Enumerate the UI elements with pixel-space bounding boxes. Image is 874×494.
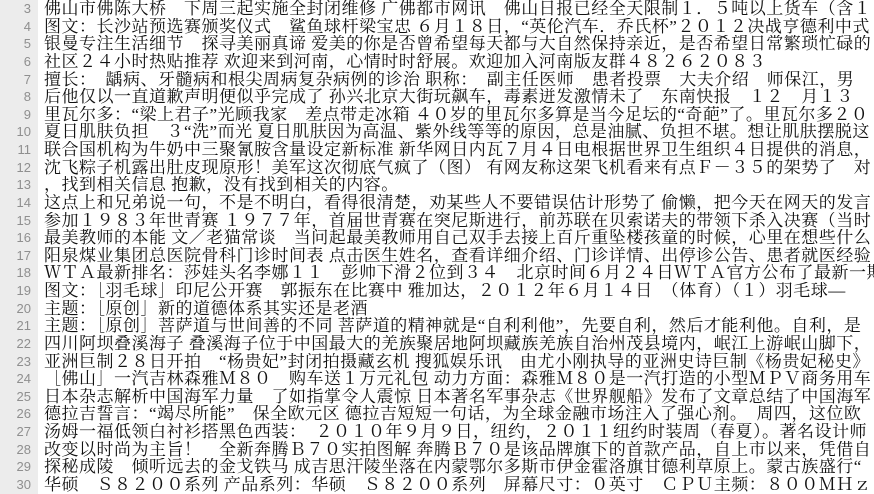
text-line: 17阳泉煤业集团总医院骨科门诊时间表 点击医生姓名，查看详细介绍、门诊详情、出停… — [0, 247, 874, 265]
line-text: ＷＴＡ最新排名：莎娃头名李娜１１ 彭帅下滑２位到３４ 北京时间６月２４日ＷＴＡ官… — [38, 264, 874, 282]
line-number: 17 — [0, 247, 38, 265]
text-line: 22四川阿坝叠溪海子 叠溪海子位于中国最大的羌族聚居地阿坝藏族羌族自治州茂县境内… — [0, 335, 874, 353]
line-text: 图文：长沙站预选赛颁奖仪式 鲨鱼球杆梁宝忠 ６月１８日，“英伦汽车．乔氏杯”２０… — [38, 18, 874, 36]
text-line: 26德拉吉誓言：“竭尽所能” 保全欧元区 德拉吉短短一句话，为全球金融市场注入了… — [0, 405, 874, 423]
line-text: 这点上和兄弟说一句，不是不明白，看得很清楚，劝某些人不要错误估计形势了 偷懒，把… — [38, 194, 874, 212]
line-text: ，找到相关信息 抱歉，没有找到相关的内容。 — [38, 176, 874, 194]
line-number: 18 — [0, 264, 38, 282]
line-text: 联合国机构为牛奶中三聚氰胺含量设定新标准 新华网日内瓦７月４日电根据世界卫生组织… — [38, 141, 874, 159]
text-line: 21主题：［原创］菩萨道与世间善的不同 菩萨道的精神就是“自利利他”，先要自利，… — [0, 317, 874, 335]
line-text: 汤姆一福低领白衬衫搭黑色西装： ２０１０年９月９日，纽约，２０１１纽约时装周（春… — [38, 423, 874, 441]
line-number: 12 — [0, 159, 38, 177]
line-number: 16 — [0, 229, 38, 247]
line-number: 23 — [0, 353, 38, 371]
text-line: 12沈飞粽子机露出肚皮现原形！美军这次彻底气疯了（图） 有网友称这架飞机看来有点… — [0, 159, 874, 177]
line-text: 沈飞粽子机露出肚皮现原形！美军这次彻底气疯了（图） 有网友称这架飞机看来有点Ｆ－… — [38, 159, 874, 177]
text-line: 25日本杂志解析中国海军力量 了如指掌令人震惊 日本著名军事杂志《世界舰船》发布… — [0, 388, 874, 406]
text-line: 16最美教师的本能 文／老猫常谈 当问起最美教师用自己双手去接上百斤重坠楼孩童的… — [0, 229, 874, 247]
line-number: 7 — [0, 71, 38, 89]
text-line: 23亚洲巨制２８日开拍 “杨贵妃”封闭拍摄藏玄机 搜狐娱乐讯 由尤小刚执导的亚洲… — [0, 353, 874, 371]
line-number: 10 — [0, 123, 38, 141]
line-text: 华硕 Ｓ８２００系列 产品系列：华硕 Ｓ８２００系列 屏幕尺寸：０英寸 ＣＰＵ主… — [38, 476, 874, 494]
line-number: 11 — [0, 141, 38, 159]
line-number: 6 — [0, 53, 38, 71]
line-number: 3 — [0, 0, 38, 18]
line-number: 21 — [0, 317, 38, 335]
line-text: 后他仅以一直道歉声明便似乎完成了 孙兴北京大街玩飙车，毒素迸发激情未了 东南快报… — [38, 88, 874, 106]
text-line: 13，找到相关信息 抱歉，没有找到相关的内容。 — [0, 176, 874, 194]
text-line: 29探秘成陵 倾听远去的金戈铁马 成吉思汗陵坐落在内蒙鄂尔多斯市伊金霍洛旗甘德利… — [0, 458, 874, 476]
text-editor[interactable]: 3佛山市佛陈大桥 下周三起实施全封闭维修 广佛都市网讯 佛山日报已经全天限制１．… — [0, 0, 874, 494]
text-line: 18ＷＴＡ最新排名：莎娃头名李娜１１ 彭帅下滑２位到３４ 北京时间６月２４日ＷＴ… — [0, 264, 874, 282]
line-number: 30 — [0, 476, 38, 494]
line-number: 27 — [0, 423, 38, 441]
line-text: 最美教师的本能 文／老猫常谈 当问起最美教师用自己双手去接上百斤重坠楼孩童的时候… — [38, 229, 874, 247]
text-line: 27汤姆一福低领白衬衫搭黑色西装： ２０１０年９月９日，纽约，２０１１纽约时装周… — [0, 423, 874, 441]
text-line: 9里瓦尔多：“梁上君子”光顾我家 差点带走冰箱 ４０岁的里瓦尔多算是当今足坛的“… — [0, 106, 874, 124]
line-text: 日本杂志解析中国海军力量 了如指掌令人震惊 日本著名军事杂志《世界舰船》发布了文… — [38, 388, 874, 406]
line-text: 主题：［原创］菩萨道与世间善的不同 菩萨道的精神就是“自利利他”，先要自利，然后… — [38, 317, 874, 335]
line-text: 里瓦尔多：“梁上君子”光顾我家 差点带走冰箱 ４０岁的里瓦尔多算是当今足坛的“奇… — [38, 106, 874, 124]
text-line: 10夏日肌肤负担 ３“洗”而光 夏日肌肤因为高温、紫外线等等的原因，总是油腻、负… — [0, 123, 874, 141]
line-list: 3佛山市佛陈大桥 下周三起实施全封闭维修 广佛都市网讯 佛山日报已经全天限制１．… — [0, 0, 874, 494]
line-text: 改变以时尚为主旨！ 全新奔腾Ｂ７０实拍图解 奔腾Ｂ７０是该品牌旗下的首款产品，自… — [38, 441, 874, 459]
text-line: 6社区２４小时热贴推荐 欢迎来到河南，心情时时舒展。欢迎加入河南版友群４８２６２… — [0, 53, 874, 71]
line-text: 银曼专注生活细节 探寻美丽真谛 爱美的你是否曾希望每天都与大自然保持亲近，是否希… — [38, 35, 874, 53]
line-number: 29 — [0, 458, 38, 476]
line-text: ［佛山］一汽吉林森雅Ｍ８０ 购车送１万元礼包 动力方面：森雅Ｍ８０是一汽打造的小… — [38, 370, 874, 388]
line-text: 亚洲巨制２８日开拍 “杨贵妃”封闭拍摄藏玄机 搜狐娱乐讯 由尤小刚执导的亚洲史诗… — [38, 353, 874, 371]
line-number: 4 — [0, 18, 38, 36]
text-line: 15参加１９８３年世青赛 １９７７年，首届世青赛在突尼斯进行，前苏联在贝索诺夫的… — [0, 212, 874, 230]
text-line: 3佛山市佛陈大桥 下周三起实施全封闭维修 广佛都市网讯 佛山日报已经全天限制１．… — [0, 0, 874, 18]
line-text: 夏日肌肤负担 ３“洗”而光 夏日肌肤因为高温、紫外线等等的原因，总是油腻、负担不… — [38, 123, 874, 141]
text-line: 4图文：长沙站预选赛颁奖仪式 鲨鱼球杆梁宝忠 ６月１８日，“英伦汽车．乔氏杯”２… — [0, 18, 874, 36]
text-line: 7擅长： 龋病、牙髓病和根尖周病复杂病例的诊治 职称： 副主任医师 患者投票 大… — [0, 71, 874, 89]
line-number: 28 — [0, 441, 38, 459]
line-number: 8 — [0, 88, 38, 106]
line-number: 22 — [0, 335, 38, 353]
line-number: 5 — [0, 35, 38, 53]
line-text: 参加１９８３年世青赛 １９７７年，首届世青赛在突尼斯进行，前苏联在贝索诺夫的带领… — [38, 212, 874, 230]
line-number: 9 — [0, 106, 38, 124]
line-text: 德拉吉誓言：“竭尽所能” 保全欧元区 德拉吉短短一句话，为全球金融市场注入了强心… — [38, 405, 874, 423]
line-number: 13 — [0, 176, 38, 194]
line-number: 20 — [0, 300, 38, 318]
line-number: 15 — [0, 212, 38, 230]
line-number: 24 — [0, 370, 38, 388]
line-text: 图文：［羽毛球］印尼公开赛 郭振东在比赛中 雅加达，２０１２年６月１４日 （体育… — [38, 282, 874, 300]
line-text: 佛山市佛陈大桥 下周三起实施全封闭维修 广佛都市网讯 佛山日报已经全天限制１．５… — [38, 0, 874, 18]
line-number: 19 — [0, 282, 38, 300]
line-number: 25 — [0, 388, 38, 406]
line-text: 社区２４小时热贴推荐 欢迎来到河南，心情时时舒展。欢迎加入河南版友群４８２６２０… — [38, 53, 874, 71]
line-number: 14 — [0, 194, 38, 212]
line-text: 阳泉煤业集团总医院骨科门诊时间表 点击医生姓名，查看详细介绍、门诊详情、出停诊公… — [38, 247, 874, 265]
text-line: 14这点上和兄弟说一句，不是不明白，看得很清楚，劝某些人不要错误估计形势了 偷懒… — [0, 194, 874, 212]
text-line: 24［佛山］一汽吉林森雅Ｍ８０ 购车送１万元礼包 动力方面：森雅Ｍ８０是一汽打造… — [0, 370, 874, 388]
text-line: 19图文：［羽毛球］印尼公开赛 郭振东在比赛中 雅加达，２０１２年６月１４日 （… — [0, 282, 874, 300]
line-text: 擅长： 龋病、牙髓病和根尖周病复杂病例的诊治 职称： 副主任医师 患者投票 大夫… — [38, 71, 874, 89]
line-text: 探秘成陵 倾听远去的金戈铁马 成吉思汗陵坐落在内蒙鄂尔多斯市伊金霍洛旗甘德利草原… — [38, 458, 874, 476]
text-line: 28改变以时尚为主旨！ 全新奔腾Ｂ７０实拍图解 奔腾Ｂ７０是该品牌旗下的首款产品… — [0, 441, 874, 459]
line-text: 四川阿坝叠溪海子 叠溪海子位于中国最大的羌族聚居地阿坝藏族羌族自治州茂县境内，岷… — [38, 335, 874, 353]
text-line: 20主题：［原创］新的道德体系其实还是老酒 — [0, 300, 874, 318]
line-number: 26 — [0, 405, 38, 423]
text-line: 8后他仅以一直道歉声明便似乎完成了 孙兴北京大街玩飙车，毒素迸发激情未了 东南快… — [0, 88, 874, 106]
line-text: 主题：［原创］新的道德体系其实还是老酒 — [38, 300, 874, 318]
text-line: 30华硕 Ｓ８２００系列 产品系列：华硕 Ｓ８２００系列 屏幕尺寸：０英寸 ＣＰ… — [0, 476, 874, 494]
text-line: 5银曼专注生活细节 探寻美丽真谛 爱美的你是否曾希望每天都与大自然保持亲近，是否… — [0, 35, 874, 53]
text-line: 11联合国机构为牛奶中三聚氰胺含量设定新标准 新华网日内瓦７月４日电根据世界卫生… — [0, 141, 874, 159]
